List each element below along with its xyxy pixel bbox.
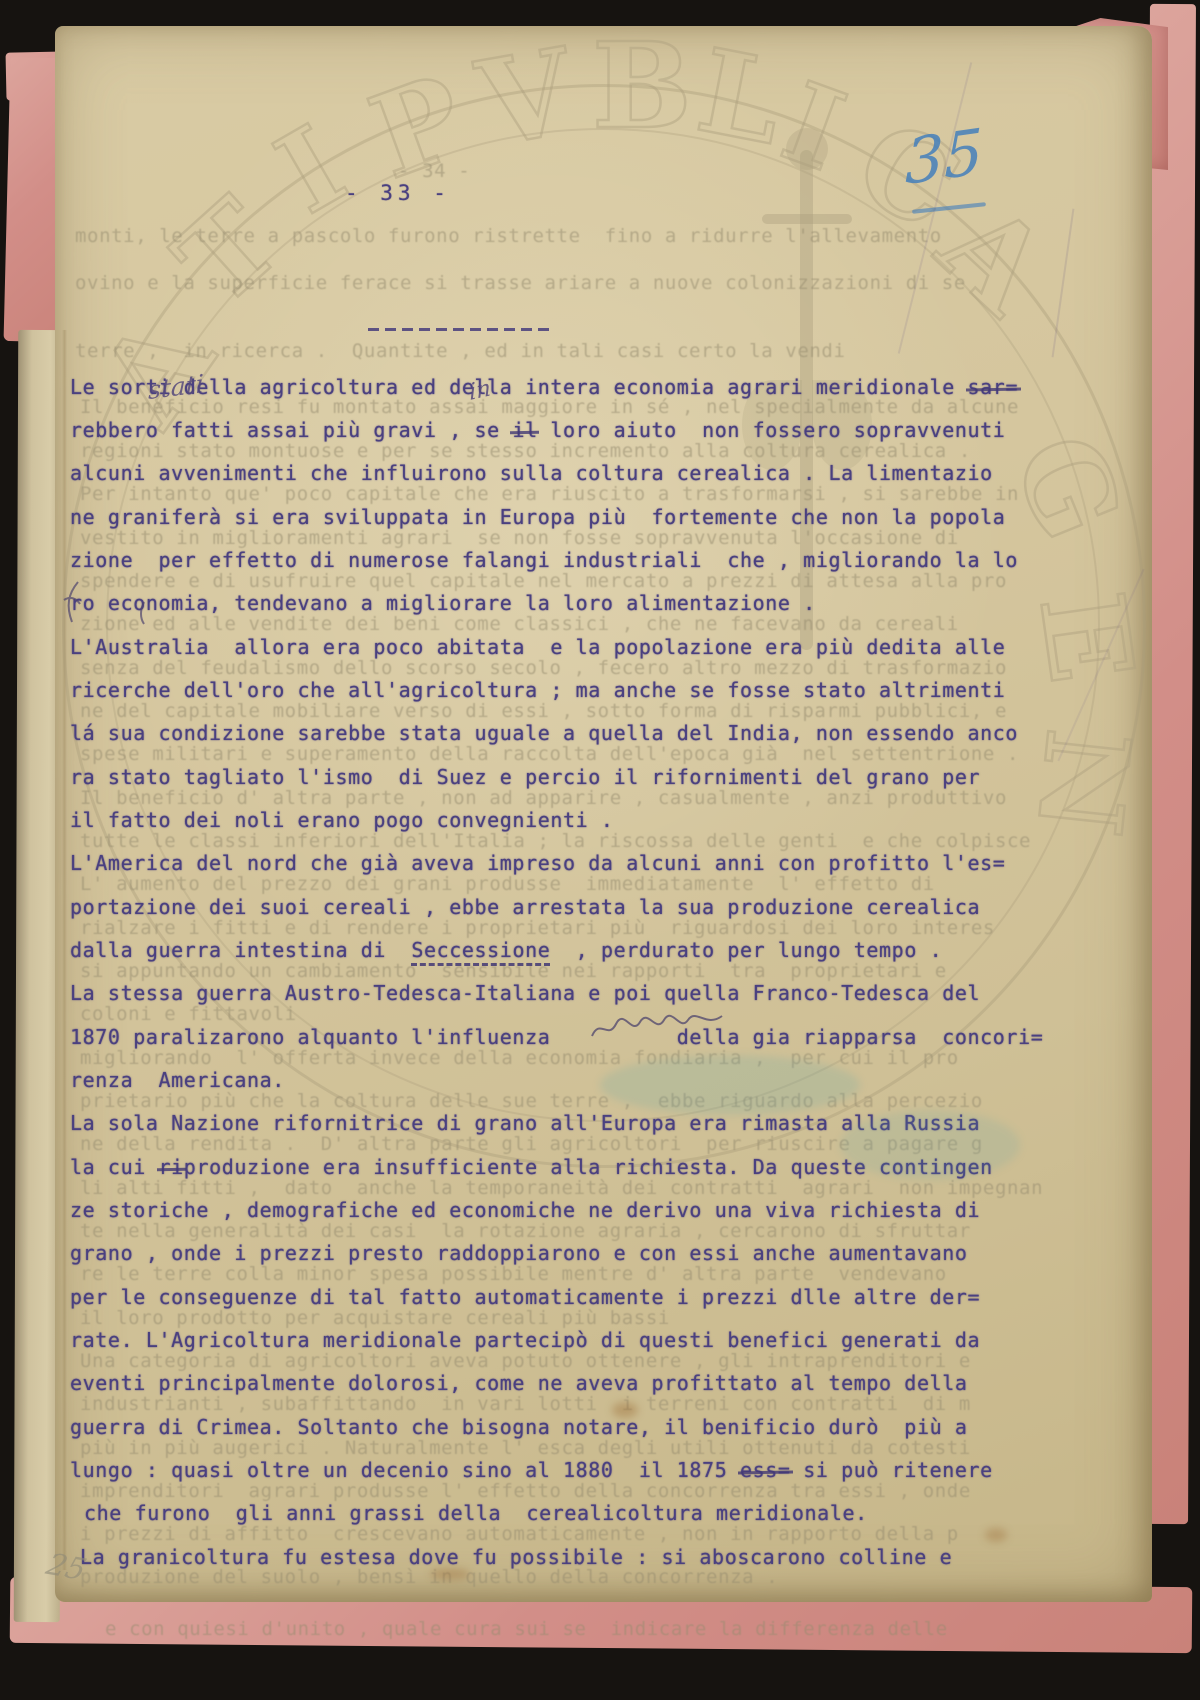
typed-line: renza Americana. <box>70 1068 285 1092</box>
typed-line: La sola Nazione rifornitrice di grano al… <box>70 1111 980 1135</box>
ghost-line: regioni stato montuose e per se stesso i… <box>80 440 971 462</box>
ghost-line: te nella generalità dei casi la rotazion… <box>80 1220 971 1242</box>
ghost-line: li alti fitti , dato anche la temporanei… <box>80 1177 1043 1199</box>
typed-line: lá sua condizione sarebbe stata uguale a… <box>70 721 1018 745</box>
typed-line: portazione dei suoi cereali , ebbe arres… <box>70 895 980 919</box>
typed-line: rebbero fatti assai più gravi , se il lo… <box>70 418 1005 442</box>
typed-dashed-separator <box>368 328 554 331</box>
typed-line: L'America del nord che già aveva impreso… <box>70 851 1005 875</box>
typed-line: ze storiche , demografiche ed economiche… <box>70 1198 980 1222</box>
ghost-line: spese militari e superamento della racco… <box>80 743 1019 765</box>
handwritten-correction-in: in <box>468 375 492 406</box>
typed-line: ne graniferà si era sviluppata in Europa… <box>70 505 1005 529</box>
typed-line: ra stato tagliato l'ismo di Suez e perci… <box>70 765 980 789</box>
handwritten-slash-mark <box>58 580 84 624</box>
struck-text: ri <box>159 1155 184 1179</box>
ghost-line: Il beneficio d' altra parte , non ad app… <box>80 787 1007 809</box>
typed-line: zione per effetto di numerose falangi in… <box>70 548 1018 572</box>
seal-letter: E <box>1013 585 1159 691</box>
ghost-page-number: - 34 - <box>398 160 470 182</box>
ghost-line: Una categoria di agricoltori aveva potut… <box>80 1350 971 1372</box>
page-left-crease <box>62 330 67 1570</box>
typed-line: ricerche dell'oro che all'agricoltura ; … <box>70 678 1005 702</box>
ghost-line: Il beneficio resi fu montato assai maggi… <box>80 396 1019 418</box>
typed-line: per le conseguenze di tal fatto automati… <box>70 1285 980 1309</box>
struck-text: il <box>512 418 537 442</box>
ghost-line: produzione del suolo , bensì in quello d… <box>80 1566 778 1588</box>
typed-line: il fatto dei noli erano pogo convegnient… <box>70 808 614 832</box>
ghost-line: senza del feudalismo dello scorso secolo… <box>80 657 1007 679</box>
ghost-line: Per intanto que' poco capitale che era r… <box>80 483 1019 505</box>
struck-text: sar= <box>968 375 1019 399</box>
typed-line: La granicoltura fu estesa dove fu possib… <box>80 1545 952 1569</box>
ghost-line: e con quiesi d'unito , quale cura sui se… <box>105 1618 948 1640</box>
typed-line: Le sorti della agricoltura ed della inte… <box>70 375 1018 399</box>
dash-underlined-text: Seccessione <box>411 938 550 966</box>
ghost-line: i prezzi di affitto crescevano automatic… <box>80 1523 959 1545</box>
typed-line: che furono gli anni grassi della cereali… <box>84 1501 868 1525</box>
ghost-line: imprenditori agrari produsse l' effetto … <box>80 1480 971 1502</box>
typed-line: guerra di Crimea. Soltanto che bisogna n… <box>70 1415 968 1439</box>
foxing-spot-3 <box>985 1528 1007 1542</box>
typed-line: rate. L'Agricoltura meridionale partecip… <box>70 1328 980 1352</box>
scanned-document-scene: ATIPVBLICAGEN monti, le terre a pascolo … <box>0 0 1200 1700</box>
ghost-line: ovino e la superficie ferace si trasse a… <box>75 272 966 294</box>
ghost-line: coloni e fittavoli <box>80 1003 297 1025</box>
typed-line: grano , onde i prezzi presto raddoppiaro… <box>70 1241 968 1265</box>
typed-line: La stessa guerra Austro-Tedesca-Italiana… <box>70 981 980 1005</box>
typed-line: dalla guerra intestina di Seccessione , … <box>70 938 942 962</box>
seal-letter: N <box>1010 723 1155 842</box>
ghost-line: L' aumento del prezzo dei grani produsse… <box>80 873 935 895</box>
ghost-line: monti, le terre a pascolo furono ristret… <box>75 225 942 247</box>
struck-text: ess= <box>740 1458 791 1482</box>
ghost-line: re le terre colla minor spesa possibile … <box>80 1263 947 1285</box>
ghost-line: industrianti , subaffittando in vari lot… <box>80 1393 971 1415</box>
typed-line: lungo : quasi oltre un decenio sino al 1… <box>70 1458 993 1482</box>
ghost-line: spendere e di usufruire quel capitale ne… <box>80 570 1007 592</box>
ghost-line: terre , in ricerca . Quantite , ed in ta… <box>75 340 846 362</box>
seal-staff-crossbar <box>762 214 852 224</box>
ghost-line: il loro prodotto per acquistare cereali … <box>80 1307 670 1329</box>
ghost-line: zione ed alle vendite dei beni come clas… <box>80 613 959 635</box>
typed-line: alcuni avvenimenti che influirono sulla … <box>70 461 993 485</box>
foxing-spot-2 <box>430 1568 470 1580</box>
teal-stain-2 <box>840 1110 1020 1180</box>
teal-stain-1 <box>600 1055 860 1115</box>
typed-page-number: - 33 - <box>345 181 451 205</box>
typed-line: 1870 paralizarono alquanto l'influenza d… <box>70 1025 1043 1049</box>
typed-line: L'Australia allora era poco abitata e la… <box>70 635 1005 659</box>
ghost-line: tutte le classi inferiori dell'Italia ; … <box>80 830 1031 852</box>
seal-letter: B <box>592 16 692 155</box>
handwritten-comma-mark <box>136 600 150 626</box>
foxing-spot-1 <box>612 1402 638 1418</box>
ghost-line: più in più augerici . Naturalmente l' es… <box>80 1437 971 1459</box>
typed-line: eventi principalmente dolorosi, come ne … <box>70 1371 968 1395</box>
ghost-line: ne del capitale mobiliare verso di essi … <box>80 700 1007 722</box>
ghost-line: rialzare i fitti e di rendere i propriet… <box>80 917 995 939</box>
handwritten-folio-number: 35 <box>905 114 983 199</box>
ghost-line: vestito in miglioramenti agrari se non f… <box>80 527 959 549</box>
handwritten-scribble-influenza <box>588 1010 728 1044</box>
typed-line: ro economia, tendevano a migliorare la l… <box>70 591 816 615</box>
